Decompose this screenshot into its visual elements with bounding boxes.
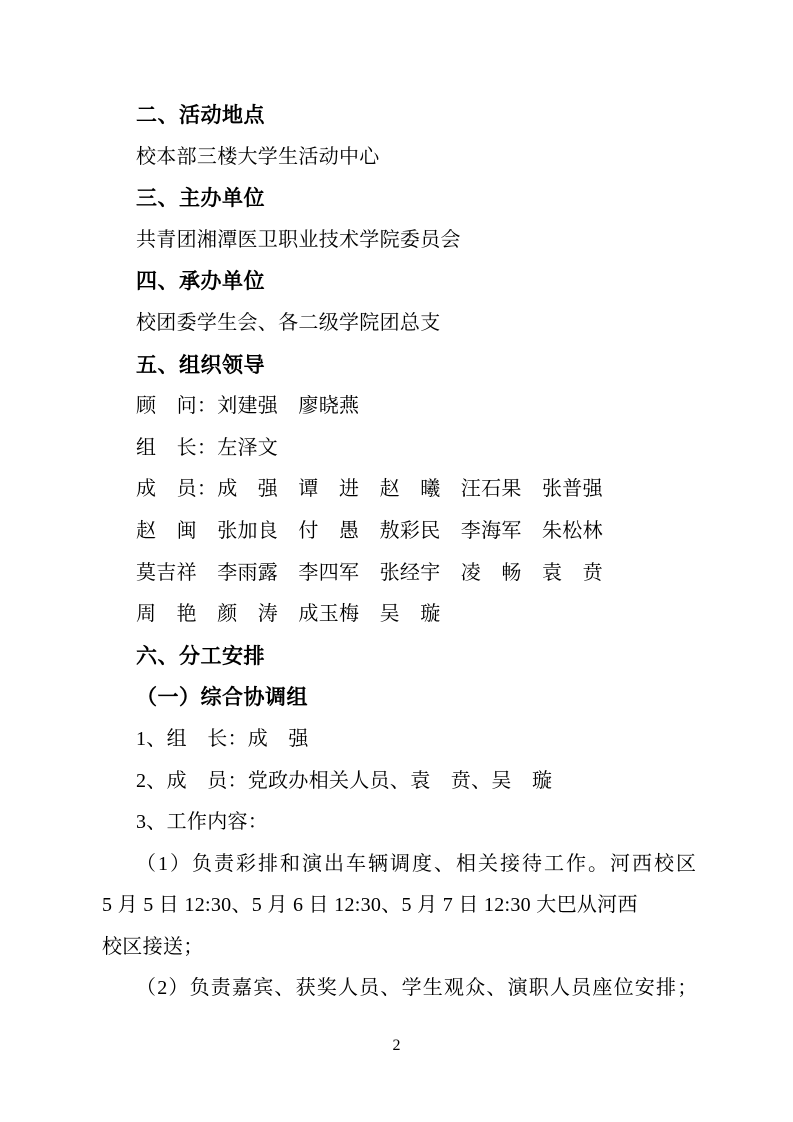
section-host-body: 共青团湘潭医卫职业技术学院委员会 (102, 220, 695, 262)
section-venue-body: 校本部三楼大学生活动中心 (102, 137, 695, 179)
section-assignments-heading: 六、分工安排 (102, 636, 695, 678)
section-host-heading: 三、主办单位 (102, 178, 695, 220)
section-organizer-heading: 四、承办单位 (102, 261, 695, 303)
task-2-line: （2）负责嘉宾、获奖人员、学生观众、演职人员座位安排； (102, 968, 695, 1010)
leadership-members-line-2: 赵 闽 张加良 付 愚 敖彩民 李海军 朱松林 (102, 511, 695, 553)
leadership-members-line-1: 成 员：成 强 谭 进 赵 曦 汪石果 张普强 (102, 469, 695, 511)
group-coordination-leader-line: 1、组 长：成 强 (102, 719, 695, 761)
group-coordination-tasks-label: 3、工作内容： (102, 802, 695, 844)
section-leadership-heading: 五、组织领导 (102, 345, 695, 387)
group-coordination-heading: （一）综合协调组 (102, 677, 695, 719)
task-1-line-2: 5 月 5 日 12:30、5 月 6 日 12:30、5 月 7 日 12:3… (102, 885, 695, 927)
leadership-members-line-3: 莫吉祥 李雨露 李四军 张经宇 凌 畅 袁 贲 (102, 553, 695, 595)
section-organizer-body: 校团委学生会、各二级学院团总支 (102, 303, 695, 345)
leadership-advisors-line: 顾 问：刘建强 廖晓燕 (102, 386, 695, 428)
leadership-leader-line: 组 长：左泽文 (102, 428, 695, 470)
document-body: 二、活动地点 校本部三楼大学生活动中心 三、主办单位 共青团湘潭医卫职业技术学院… (102, 95, 695, 1010)
section-venue-heading: 二、活动地点 (102, 95, 695, 137)
group-coordination-members-line: 2、成 员：党政办相关人员、袁 贲、吴 璇 (102, 761, 695, 803)
page-number: 2 (0, 1034, 793, 1058)
task-1-line-1: （1）负责彩排和演出车辆调度、相关接待工作。河西校区 (102, 844, 695, 886)
leadership-members-line-4: 周 艳 颜 涛 成玉梅 吴 璇 (102, 594, 695, 636)
document-page: 二、活动地点 校本部三楼大学生活动中心 三、主办单位 共青团湘潭医卫职业技术学院… (0, 0, 793, 1122)
task-1-line-3: 校区接送； (102, 927, 695, 969)
